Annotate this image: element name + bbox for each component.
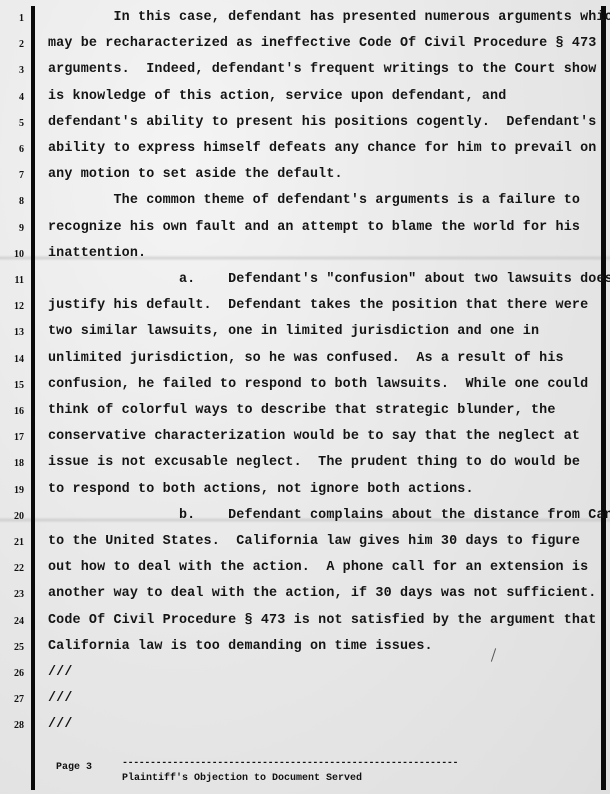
line-number: 9	[6, 223, 24, 234]
text-line: ability to express himself defeats any c…	[48, 141, 598, 156]
line-number: 26	[6, 668, 24, 679]
text-line: out how to deal with the action. A phone…	[48, 560, 598, 575]
text-line: is knowledge of this action, service upo…	[48, 89, 598, 104]
text-line: justify his default. Defendant takes the…	[48, 298, 598, 313]
text-line: unlimited jurisdiction, so he was confus…	[48, 351, 598, 366]
text-line: The common theme of defendant's argument…	[48, 193, 598, 208]
text-line: In this case, defendant has presented nu…	[48, 10, 598, 25]
line-number: 10	[6, 249, 24, 260]
line-number: 5	[6, 118, 24, 129]
text-line: to the United States. California law giv…	[48, 534, 598, 549]
text-line: conservative characterization would be t…	[48, 429, 598, 444]
line-number: 23	[6, 589, 24, 600]
line-number: 20	[6, 511, 24, 522]
line-number: 14	[6, 354, 24, 365]
line-number: 13	[6, 327, 24, 338]
line-number: 1	[6, 13, 24, 24]
footer-rule: ----------------------------------------…	[122, 758, 458, 769]
text-line: ///	[48, 691, 598, 706]
text-line: a. Defendant's "confusion" about two law…	[48, 272, 598, 287]
line-number: 11	[6, 275, 24, 286]
line-number: 21	[6, 537, 24, 548]
text-line: ///	[48, 717, 598, 732]
text-line: another way to deal with the action, if …	[48, 586, 598, 601]
text-line: recognize his own fault and an attempt t…	[48, 220, 598, 235]
text-line: to respond to both actions, not ignore b…	[48, 482, 598, 497]
right-margin-rule	[601, 6, 606, 790]
text-line: California law is too demanding on time …	[48, 639, 598, 654]
line-number: 27	[6, 694, 24, 705]
line-number: 2	[6, 39, 24, 50]
line-number: 12	[6, 301, 24, 312]
line-number: 17	[6, 432, 24, 443]
line-number: 4	[6, 92, 24, 103]
line-number: 18	[6, 458, 24, 469]
line-number: 24	[6, 616, 24, 627]
text-line: any motion to set aside the default.	[48, 167, 598, 182]
text-line: ///	[48, 665, 598, 680]
text-line: confusion, he failed to respond to both …	[48, 377, 598, 392]
page-number: Page 3	[56, 762, 92, 773]
text-line: b. Defendant complains about the distanc…	[48, 508, 598, 523]
line-number: 6	[6, 144, 24, 155]
line-number: 28	[6, 720, 24, 731]
line-number: 16	[6, 406, 24, 417]
text-line: inattention.	[48, 246, 598, 261]
text-line: issue is not excusable neglect. The prud…	[48, 455, 598, 470]
document-caption: Plaintiff's Objection to Document Served	[122, 773, 362, 784]
text-line: arguments. Indeed, defendant's frequent …	[48, 62, 598, 77]
line-number: 22	[6, 563, 24, 574]
text-line: may be recharacterized as ineffective Co…	[48, 36, 598, 51]
text-line: Code Of Civil Procedure § 473 is not sat…	[48, 613, 598, 628]
line-number: 7	[6, 170, 24, 181]
line-number: 3	[6, 65, 24, 76]
text-line: two similar lawsuits, one in limited jur…	[48, 324, 598, 339]
line-number: 15	[6, 380, 24, 391]
text-line: think of colorful ways to describe that …	[48, 403, 598, 418]
line-number: 8	[6, 196, 24, 207]
text-line: defendant's ability to present his posit…	[48, 115, 598, 130]
left-margin-rule	[31, 6, 35, 790]
line-number: 19	[6, 485, 24, 496]
line-number: 25	[6, 642, 24, 653]
pleading-page: 1234567891011121314151617181920212223242…	[0, 0, 610, 794]
